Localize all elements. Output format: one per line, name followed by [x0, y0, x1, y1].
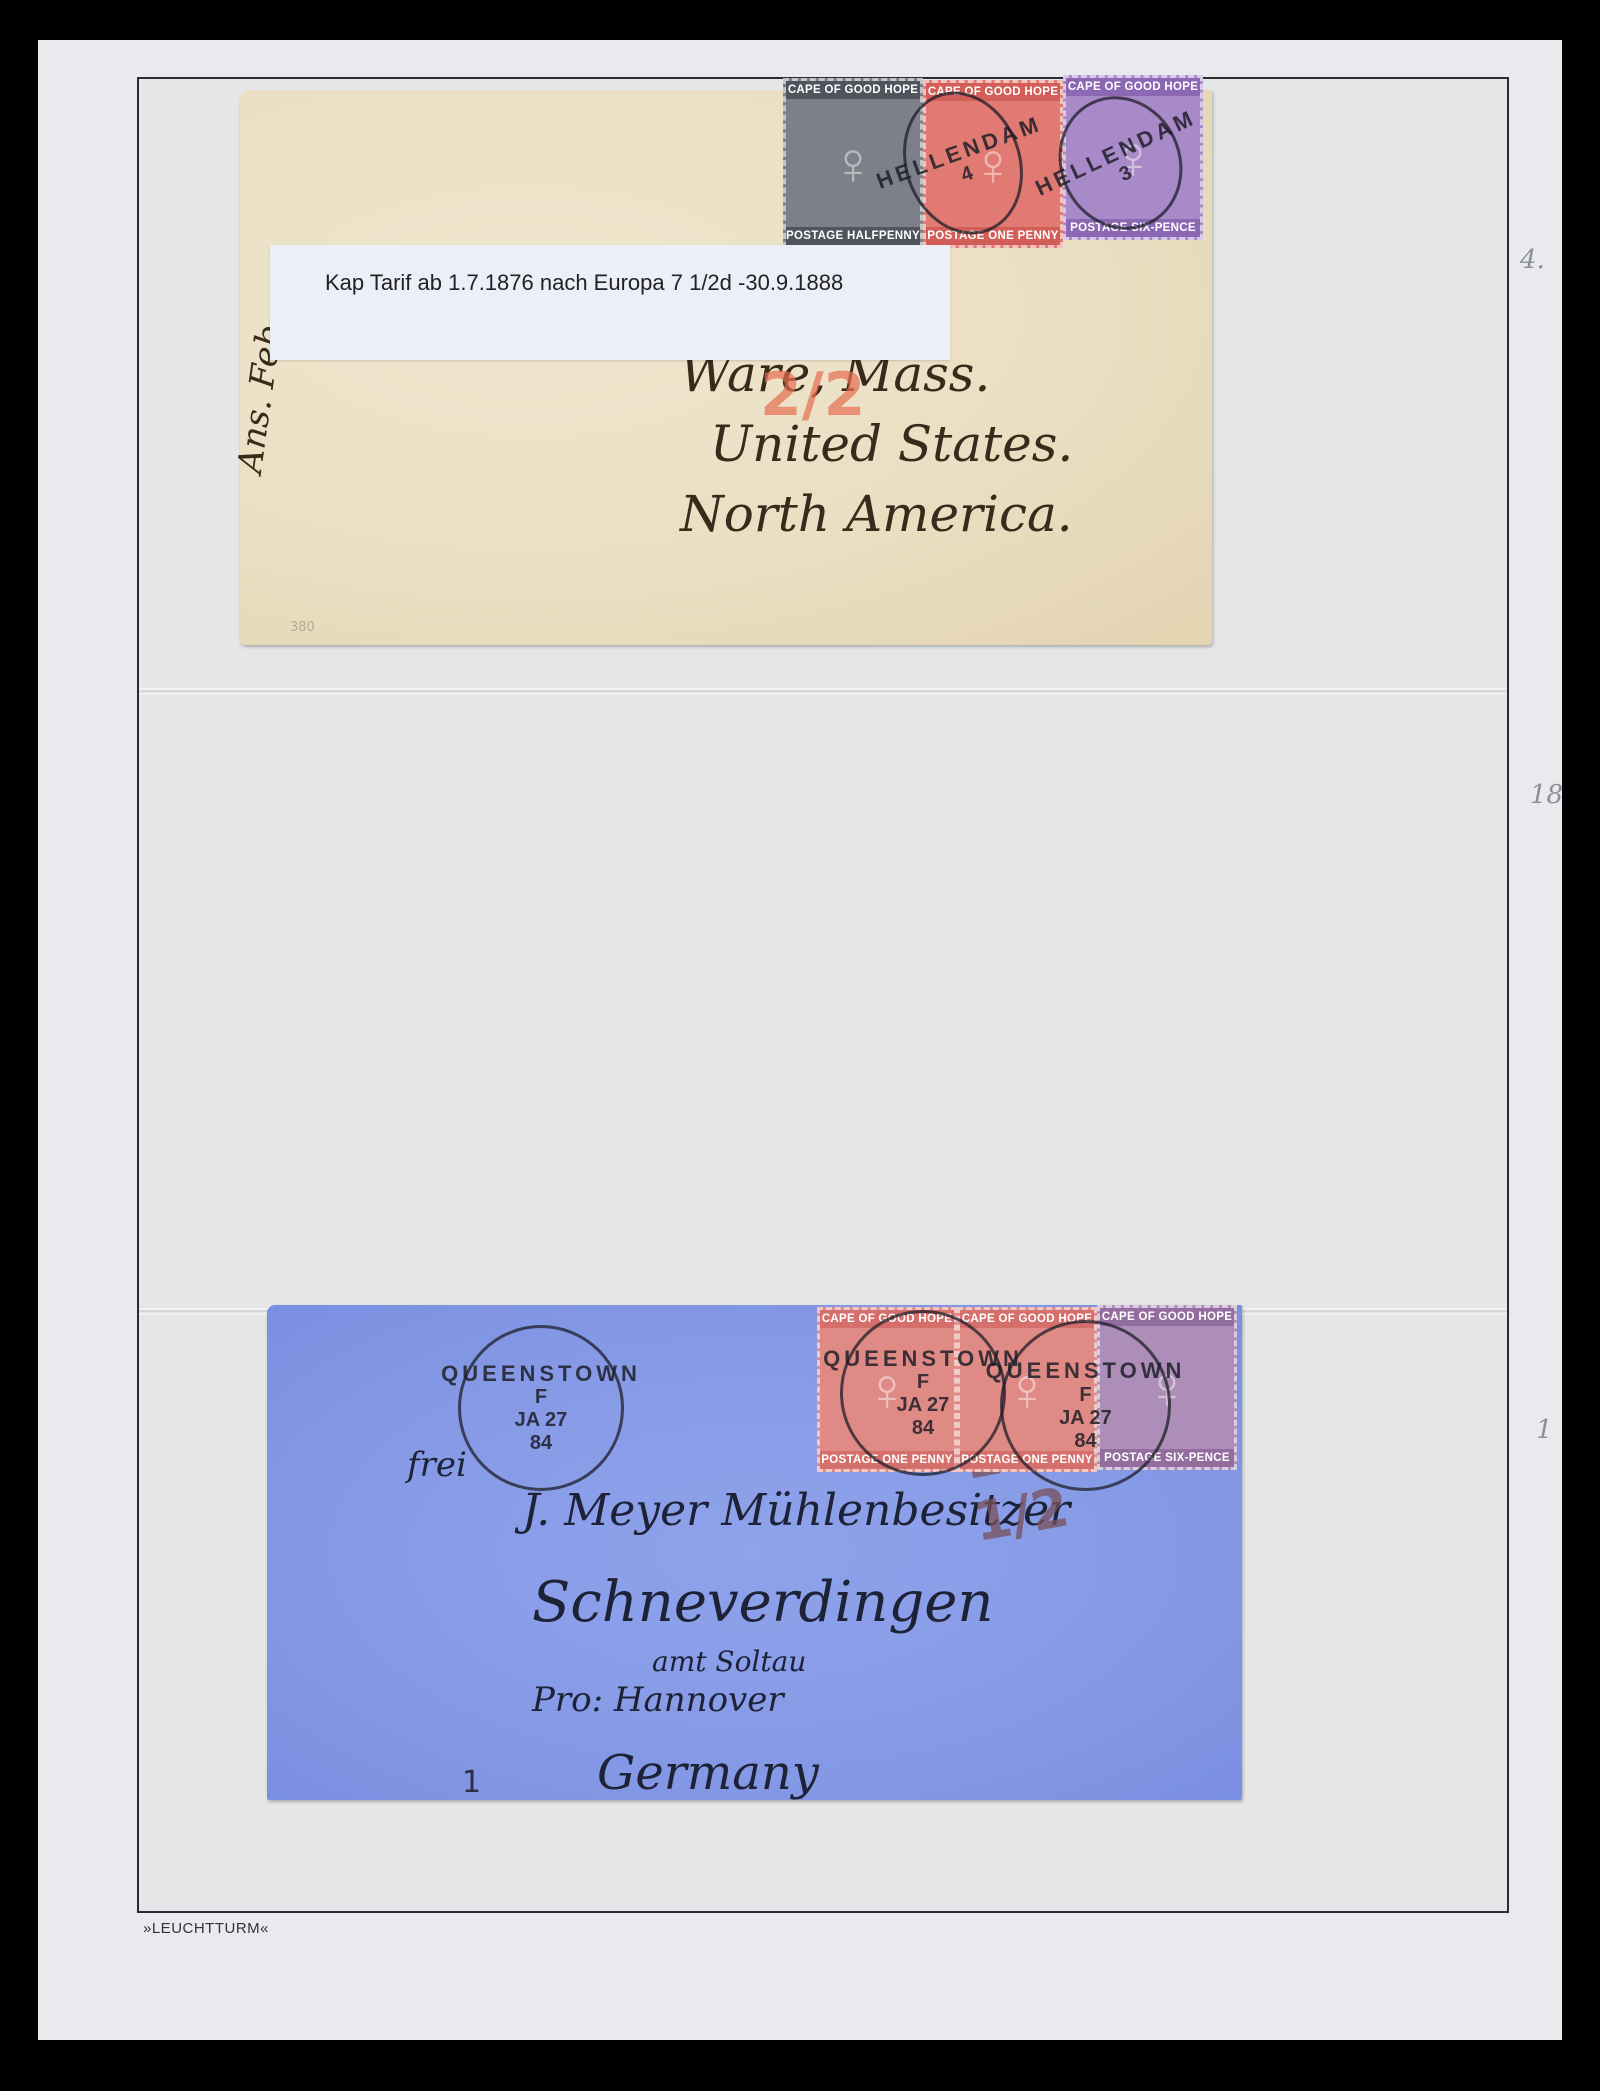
address-line: Pro: Hannover [532, 1680, 784, 1720]
stamp-value-text: POSTAGE ONE PENNY [926, 227, 1060, 245]
pencil-note: 380 [290, 620, 315, 635]
address-line: Schneverdingen [532, 1570, 993, 1635]
margin-note: 4. [1520, 245, 1545, 275]
tariff-description: Kap Tarif ab 1.7.1876 nach Europa 7 1/2d… [325, 270, 843, 296]
postmark: QUEENSTOWN F JA 27 84 [1000, 1320, 1171, 1491]
brand-label: »LEUCHTTURM« [143, 1920, 269, 1937]
stamp-value-text: POSTAGE HALFPENNY [786, 227, 920, 245]
stamp-top-text: CAPE OF GOOD HOPE [1100, 1308, 1234, 1326]
tax-mark: 2/2 [760, 360, 865, 430]
margin-note: 18 [1530, 780, 1563, 810]
stamp-top-text: CAPE OF GOOD HOPE [1066, 78, 1200, 96]
postmark: QUEENSTOWN F JA 27 84 [840, 1310, 1006, 1476]
description-label: Kap Tarif ab 1.7.1876 nach Europa 7 1/2d… [270, 245, 950, 360]
address-line: Germany [597, 1745, 819, 1801]
pencil-note: 1 [462, 1765, 481, 1800]
mount-strip-divider [139, 690, 1507, 692]
address-line: North America. [680, 485, 1073, 543]
margin-note: 1 [1536, 1415, 1553, 1445]
stamp-top-text: CAPE OF GOOD HOPE [786, 81, 920, 99]
address-line: amt Soltau [652, 1645, 806, 1678]
postmark: QUEENSTOWN F JA 27 84 [458, 1325, 624, 1491]
side-note: frei [407, 1445, 467, 1485]
